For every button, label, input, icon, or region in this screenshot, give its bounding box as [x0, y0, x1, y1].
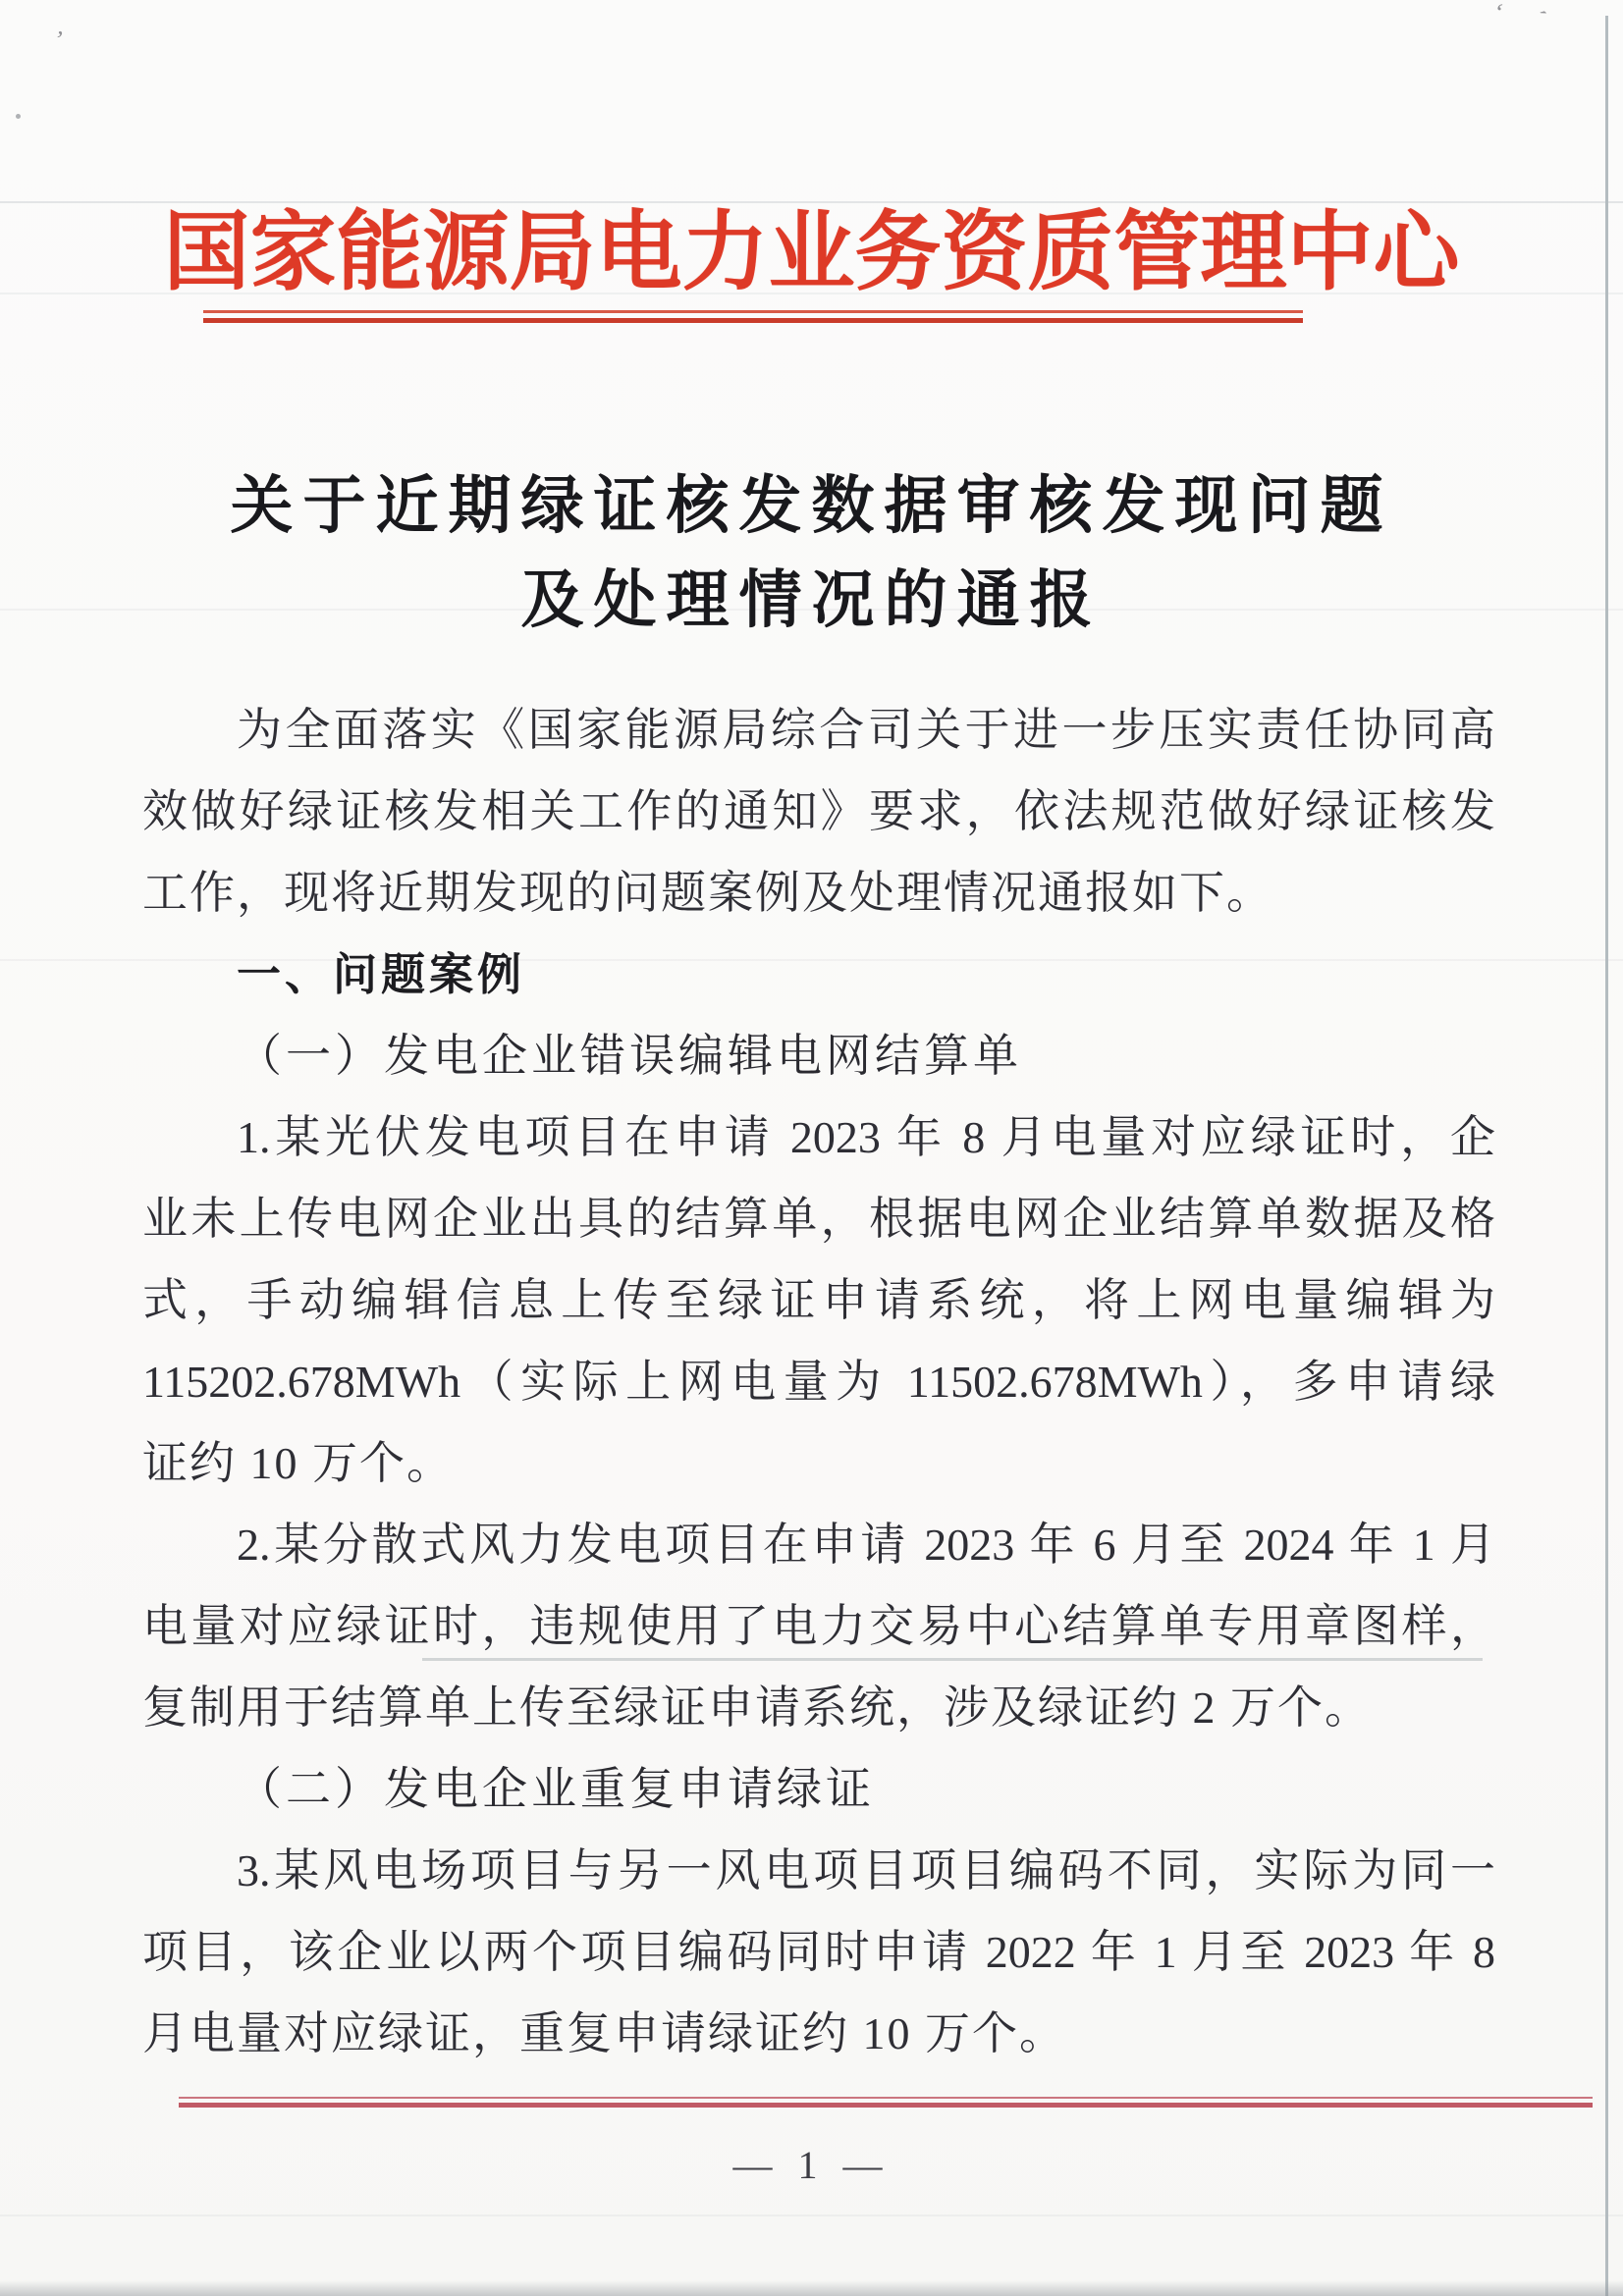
page-number: — 1 — [0, 2142, 1623, 2188]
scan-bottom-shadow [0, 2280, 1623, 2296]
letterhead-org-name: 国家能源局电力业务资质管理中心 [0, 199, 1623, 309]
scan-speck: ‘ [1491, 0, 1506, 28]
document-title-line-2: 及处理情况的通报 [0, 554, 1623, 648]
scan-speck: ’ [53, 26, 66, 56]
scan-speck [16, 114, 21, 119]
scan-streak [0, 2215, 1623, 2216]
body-line: 式，手动编辑信息上传至绿证申请系统，将上网电量编辑为 [142, 1259, 1495, 1341]
body-line: 证约 10 万个。 [142, 1422, 1495, 1504]
body-line: 1.某光伏发电项目在申请 2023 年 8 月电量对应绿证时，企 [142, 1096, 1495, 1178]
heading-kaiti-line: （一）发电企业错误编辑电网结算单 [142, 1015, 1495, 1096]
body-line: 项目，该企业以两个项目编码同时申请 2022 年 1 月至 2023 年 8 [142, 1911, 1495, 1993]
footer-rule-thick [179, 2103, 1593, 2108]
document-title-line-1: 关于近期绿证核发数据审核发现问题 [0, 459, 1623, 554]
body-line: 业未上传电网企业出具的结算单，根据电网企业结算单数据及格 [142, 1178, 1495, 1259]
body-line: 工作，现将近期发现的问题案例及处理情况通报如下。 [142, 852, 1495, 934]
body-line: 为全面落实《国家能源局综合司关于进一步压实责任协同高 [142, 689, 1495, 771]
letterhead-rule-thick [203, 318, 1303, 323]
footer-rule-thin [179, 2097, 1593, 2099]
scan-speck: ˊ [1525, 5, 1550, 33]
heading-bold-line: 一、问题案例 [142, 934, 1495, 1015]
body-line: 3.某风电场项目与另一风电项目项目编码不同，实际为同一 [142, 1830, 1495, 1911]
body-line: 电量对应绿证时，违规使用了电力交易中心结算单专用章图样， [142, 1585, 1495, 1667]
body-line: 月电量对应绿证，重复申请绿证约 10 万个。 [142, 1993, 1495, 2074]
document-body: 为全面落实《国家能源局综合司关于进一步压实责任协同高效做好绿证核发相关工作的通知… [142, 689, 1495, 2074]
document-title: 关于近期绿证核发数据审核发现问题 及处理情况的通报 [0, 459, 1623, 648]
footer-rule [179, 2097, 1593, 2108]
scan-edge-line [1605, 16, 1608, 2296]
letterhead-rule [203, 310, 1303, 323]
heading-kaiti-line: （二）发电企业重复申请绿证 [142, 1748, 1495, 1830]
body-line: 2.某分散式风力发电项目在申请 2023 年 6 月至 2024 年 1 月 [142, 1504, 1495, 1585]
body-line: 效做好绿证核发相关工作的通知》要求，依法规范做好绿证核发 [142, 771, 1495, 852]
body-line: 复制用于结算单上传至绿证申请系统，涉及绿证约 2 万个。 [142, 1667, 1495, 1748]
scanned-document-page: ’ ‘ ˊ 国家能源局电力业务资质管理中心 关于近期绿证核发数据审核发现问题 及… [0, 0, 1623, 2296]
body-line: 115202.678MWh（实际上网电量为 11502.678MWh），多申请绿 [142, 1341, 1495, 1422]
letterhead-rule-thin [203, 310, 1303, 313]
